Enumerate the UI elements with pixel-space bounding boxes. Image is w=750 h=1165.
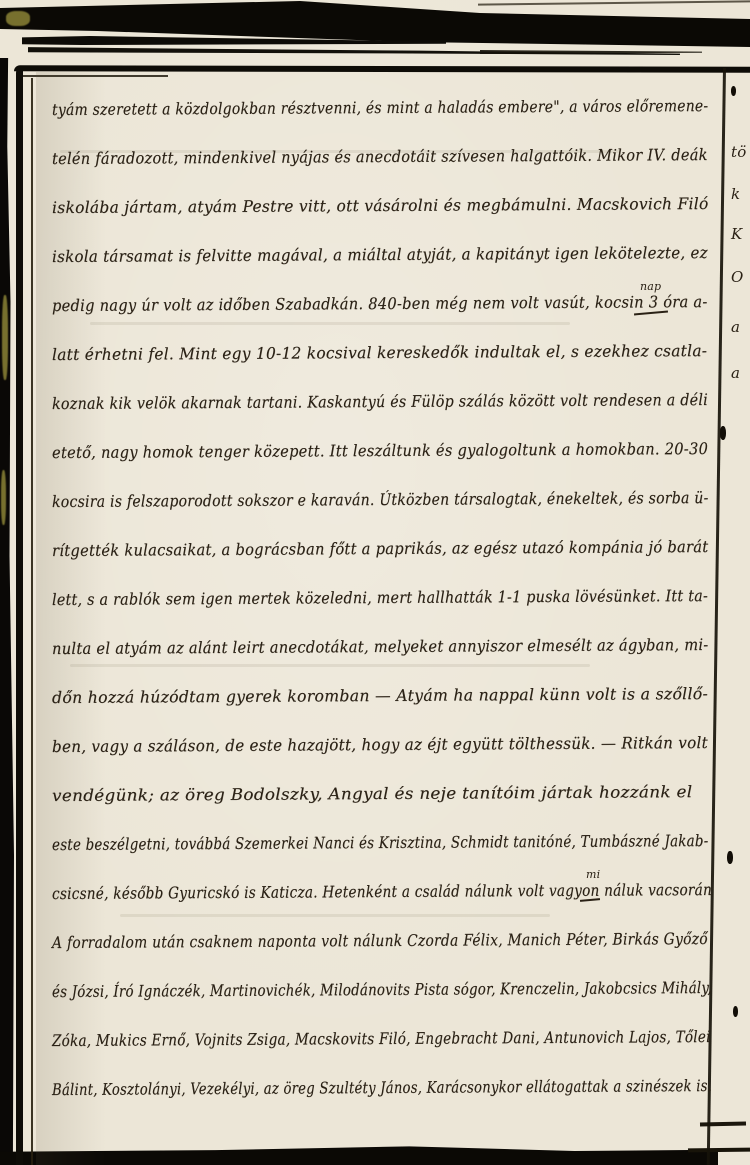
manuscript-line: dőn hozzá húzódtam gyerek koromban — Aty… — [52, 679, 708, 713]
manuscript-line: rítgették kulacsaikat, a bográcsban főtt… — [52, 532, 709, 566]
ink-blot — [733, 1006, 738, 1017]
binding-gilt-speck — [6, 11, 30, 26]
ink-blot — [731, 86, 736, 96]
manuscript-line: vendégünk; az öreg Bodolszky, Angyal és … — [52, 777, 693, 811]
page-frame-left-inner — [31, 78, 33, 1165]
facing-page-fragment: K — [731, 225, 742, 243]
scan-smudge — [120, 914, 550, 917]
scan-smudge — [70, 664, 590, 667]
inserted-word-above-line: nap — [640, 280, 661, 293]
manuscript-line: iskola társamat is felvitte magával, a m… — [52, 238, 708, 272]
binding-shadow-bar — [0, 58, 14, 1165]
manuscript-line: csicsné, később Gyuricskó is Katicza. He… — [52, 875, 712, 909]
manuscript-line: Bálint, Kosztolányi, Vezekélyi, az öreg … — [52, 1071, 712, 1105]
binding-gilt-speck — [1, 470, 6, 525]
inserted-word-above-line: mi — [586, 868, 600, 881]
scan-smudge — [90, 322, 570, 325]
facing-page-fragment: O — [731, 268, 744, 286]
page-edge-line — [688, 1148, 750, 1153]
manuscript-line: ben, vagy a száláson, de este hazajött, … — [52, 728, 708, 762]
manuscript-line: A forradalom után csaknem naponta volt n… — [52, 924, 708, 958]
facing-page-fragment: k — [731, 185, 740, 203]
manuscript-line: kocsira is felszaporodott sokszor e kara… — [52, 483, 709, 517]
facing-page-fragment: a — [731, 364, 740, 382]
page-frame-top — [14, 65, 750, 73]
manuscript-line: tyám szeretett a közdolgokban résztvenni… — [52, 91, 709, 125]
manuscript-line: Zóka, Mukics Ernő, Vojnits Zsiga, Macsko… — [52, 1022, 711, 1056]
manuscript-line: nulta el atyám az alánt leirt anecdotáka… — [52, 630, 709, 664]
scanned-manuscript-page: tyám szeretett a közdolgokban résztvenni… — [0, 0, 750, 1165]
page-frame-left-outer — [16, 66, 23, 1165]
manuscript-line: etető, nagy homok tenger közepett. Itt l… — [52, 434, 708, 468]
ink-blot — [727, 851, 733, 864]
manuscript-line: pedig nagy úr volt az időben Szabadkán. … — [52, 287, 708, 321]
ink-blot — [720, 426, 726, 440]
manuscript-line: és Józsi, Író Ignáczék, Martinovichék, M… — [52, 973, 712, 1007]
manuscript-line: telén fáradozott, mindenkivel nyájas és … — [52, 140, 708, 174]
manuscript-line: este beszélgetni, továbbá Szemerkei Nanc… — [52, 826, 709, 860]
manuscript-line: koznak kik velök akarnak tartani. Kaskan… — [52, 385, 708, 419]
facing-page-fragment: a — [731, 318, 740, 336]
page-edge-line — [478, 0, 750, 5]
manuscript-line: latt érhetni fel. Mint egy 10-12 kocsiva… — [52, 336, 707, 370]
manuscript-line: lett, s a rablók sem igen mertek közeled… — [52, 581, 708, 615]
manuscript-line: iskolába jártam, atyám Pestre vitt, ott … — [52, 189, 709, 223]
scan-edge-bottom-band — [0, 1146, 718, 1165]
binding-gilt-speck — [2, 295, 8, 380]
facing-page-fragment: tö — [731, 143, 746, 161]
